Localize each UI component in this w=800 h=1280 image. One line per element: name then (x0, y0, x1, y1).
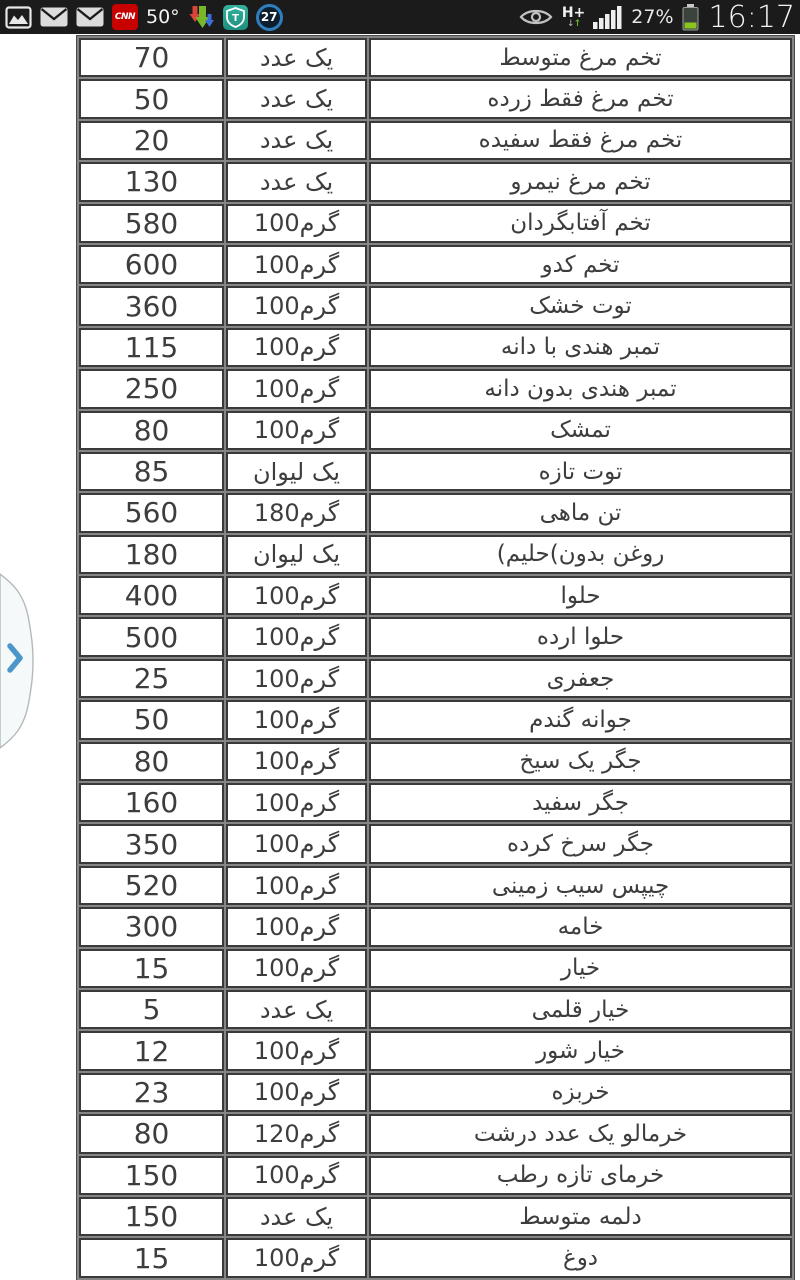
table-row: 15 100گرم خیار (79, 949, 792, 988)
table-row: 15 100گرم دوغ (79, 1238, 792, 1277)
calories-cell: 150 (79, 1156, 224, 1195)
calories-cell: 160 (79, 783, 224, 822)
table-row: 12 100گرم خیار شور (79, 1031, 792, 1070)
food-name-cell: حلوا (369, 576, 792, 615)
unit-cell: یک عدد (226, 79, 367, 118)
calories-cell: 580 (79, 204, 224, 243)
unit-cell: یک عدد (226, 121, 367, 160)
gallery-icon (5, 6, 32, 29)
android-screen: CNN 50° T 27 (0, 0, 800, 1280)
table-row: 20 یک عدد تخم مرغ فقط سفیده (79, 121, 792, 160)
food-name-cell: توت تازه (369, 452, 792, 491)
svg-text:T: T (232, 13, 239, 24)
side-pull-tab[interactable] (0, 569, 38, 753)
calories-cell: 80 (79, 411, 224, 450)
weather-temperature: 50° (146, 6, 180, 28)
table-row: 500 100گرم حلوا ارده (79, 617, 792, 656)
table-row: 300 100گرم خامه (79, 907, 792, 946)
status-bar: CNN 50° T 27 (0, 0, 800, 34)
table-row: 85 یک لیوان توت تازه (79, 452, 792, 491)
cnn-icon: CNN (112, 4, 138, 30)
calories-cell: 560 (79, 493, 224, 532)
food-name-cell: تمبر هندی با دانه (369, 328, 792, 367)
food-name-cell: جگر سرخ کرده (369, 824, 792, 863)
table-row: 23 100گرم خربزه (79, 1073, 792, 1112)
unit-cell: 100گرم (226, 328, 367, 367)
unit-cell: 100گرم (226, 700, 367, 739)
mail-icon (76, 7, 104, 27)
unit-cell: 100گرم (226, 1238, 367, 1277)
unit-cell: یک لیوان (226, 535, 367, 574)
calories-cell: 23 (79, 1073, 224, 1112)
calories-cell: 50 (79, 79, 224, 118)
chevron-right-icon (5, 641, 27, 679)
unit-cell: 100گرم (226, 576, 367, 615)
table-row: 25 100گرم جعفری (79, 659, 792, 698)
notification-count-badge: 27 (256, 4, 283, 31)
food-name-cell: خرمای تازه رطب (369, 1156, 792, 1195)
data-up-arrow: ↑ (574, 19, 581, 29)
unit-cell: 100گرم (226, 907, 367, 946)
unit-cell: 180گرم (226, 493, 367, 532)
unit-cell: 100گرم (226, 783, 367, 822)
table-row: 180 یک لیوان (حلیم‎(‎بدون‎ روغن (79, 535, 792, 574)
signal-bars-icon (593, 6, 623, 29)
unit-cell: 100گرم (226, 1073, 367, 1112)
table-row: 115 100گرم تمبر هندی با دانه (79, 328, 792, 367)
unit-cell: یک عدد (226, 1197, 367, 1236)
calories-cell: 115 (79, 328, 224, 367)
food-name-cell: جوانه گندم (369, 700, 792, 739)
calories-cell: 20 (79, 121, 224, 160)
table-row: 520 100گرم چیپس سیب زمینی (79, 866, 792, 905)
downloads-arrows-icon (188, 4, 215, 31)
calories-cell: 50 (79, 700, 224, 739)
table-row: 580 100گرم تخم آفتابگردان (79, 204, 792, 243)
unit-cell: 100گرم (226, 659, 367, 698)
calories-cell: 150 (79, 1197, 224, 1236)
food-name-cell: دلمه متوسط (369, 1197, 792, 1236)
table-row: 80 100گرم تمشک (79, 411, 792, 450)
unit-cell: یک عدد (226, 990, 367, 1029)
food-name-cell: حلوا ارده (369, 617, 792, 656)
battery-icon (682, 4, 699, 31)
food-name-cell: چیپس سیب زمینی (369, 866, 792, 905)
unit-cell: 100گرم (226, 411, 367, 450)
food-name-cell: خیار شور (369, 1031, 792, 1070)
table-row: 150 100گرم خرمای تازه رطب (79, 1156, 792, 1195)
unit-cell: 100گرم (226, 1031, 367, 1070)
clock: 16:17 (709, 0, 795, 35)
food-name-cell: خربزه (369, 1073, 792, 1112)
table-row: 70 یک عدد تخم مرغ متوسط (79, 38, 792, 77)
table-row: 50 100گرم جوانه گندم (79, 700, 792, 739)
unit-cell: 100گرم (226, 1156, 367, 1195)
food-name-cell: جگر یک سیخ (369, 742, 792, 781)
food-name-cell: تخم مرغ فقط زرده (369, 79, 792, 118)
food-name-cell: تخم مرغ نیمرو (369, 162, 792, 201)
table-row: 80 120گرم خرمالو یک عدد درشت (79, 1114, 792, 1153)
table-row: 160 100گرم جگر سفید (79, 783, 792, 822)
food-name-cell: خیار قلمی (369, 990, 792, 1029)
table-row: 80 100گرم جگر یک سیخ (79, 742, 792, 781)
calories-cell: 520 (79, 866, 224, 905)
unit-cell: 100گرم (226, 949, 367, 988)
calories-cell: 500 (79, 617, 224, 656)
calories-cell: 80 (79, 1114, 224, 1153)
calories-cell: 70 (79, 38, 224, 77)
food-name-cell: جگر سفید (369, 783, 792, 822)
table-row: 5 یک عدد خیار قلمی (79, 990, 792, 1029)
food-name-cell: توت خشک (369, 286, 792, 325)
unit-cell: یک لیوان (226, 452, 367, 491)
calories-cell: 15 (79, 1238, 224, 1277)
unit-cell: 100گرم (226, 369, 367, 408)
calories-cell: 5 (79, 990, 224, 1029)
unit-cell: 100گرم (226, 617, 367, 656)
food-name-cell: جعفری (369, 659, 792, 698)
calories-cell: 250 (79, 369, 224, 408)
unit-cell: 100گرم (226, 824, 367, 863)
table-row: 350 100گرم جگر سرخ کرده (79, 824, 792, 863)
food-name-cell: تخم آفتابگردان (369, 204, 792, 243)
food-name-cell: تخم کدو (369, 245, 792, 284)
food-name-cell: خامه (369, 907, 792, 946)
food-name-cell: خرمالو یک عدد درشت (369, 1114, 792, 1153)
status-bar-right: H+ ↓↑ 27% 16:17 (518, 0, 795, 34)
calories-cell: 600 (79, 245, 224, 284)
calories-cell: 25 (79, 659, 224, 698)
calories-cell: 350 (79, 824, 224, 863)
unit-cell: 100گرم (226, 742, 367, 781)
table-row: 130 یک عدد تخم مرغ نیمرو (79, 162, 792, 201)
calories-cell: 360 (79, 286, 224, 325)
table-row: 600 100گرم تخم کدو (79, 245, 792, 284)
food-name-cell: تمبر هندی بدون دانه (369, 369, 792, 408)
food-name-cell: (حلیم‎(‎بدون‎ روغن (369, 535, 792, 574)
network-hplus-icon: H+ ↓↑ (562, 6, 585, 29)
food-name-cell: تخم مرغ متوسط (369, 38, 792, 77)
calories-cell: 80 (79, 742, 224, 781)
calories-cell: 400 (79, 576, 224, 615)
table-row: 50 یک عدد تخم مرغ فقط زرده (79, 79, 792, 118)
table-row: 150 یک عدد دلمه متوسط (79, 1197, 792, 1236)
food-name-cell: تن ماهی (369, 493, 792, 532)
unit-cell: 100گرم (226, 286, 367, 325)
calories-cell: 15 (79, 949, 224, 988)
food-name-cell: تخم مرغ فقط سفیده (369, 121, 792, 160)
calories-cell: 180 (79, 535, 224, 574)
food-name-cell: دوغ (369, 1238, 792, 1277)
unit-cell: 100گرم (226, 866, 367, 905)
unit-cell: 100گرم (226, 245, 367, 284)
status-bar-left: CNN 50° T 27 (5, 0, 283, 34)
mail-icon (40, 7, 68, 27)
unit-cell: یک عدد (226, 38, 367, 77)
food-name-cell: تمشک (369, 411, 792, 450)
shield-app-icon: T (223, 5, 248, 30)
unit-cell: یک عدد (226, 162, 367, 201)
food-name-cell: خیار (369, 949, 792, 988)
table-row: 250 100گرم تمبر هندی بدون دانه (79, 369, 792, 408)
table-row: 560 180گرم تن ماهی (79, 493, 792, 532)
calorie-table-body: 70 یک عدد تخم مرغ متوسط 50 یک عدد تخم مر… (79, 38, 792, 1278)
battery-percent-label: 27% (631, 6, 673, 28)
table-row: 400 100گرم حلوا (79, 576, 792, 615)
smart-stay-eye-icon (518, 6, 554, 28)
calories-cell: 300 (79, 907, 224, 946)
unit-cell: 120گرم (226, 1114, 367, 1153)
calories-cell: 85 (79, 452, 224, 491)
unit-cell: 100گرم (226, 204, 367, 243)
table-row: 360 100گرم توت خشک (79, 286, 792, 325)
calorie-table: 70 یک عدد تخم مرغ متوسط 50 یک عدد تخم مر… (76, 35, 795, 1280)
calories-cell: 12 (79, 1031, 224, 1070)
calories-cell: 130 (79, 162, 224, 201)
